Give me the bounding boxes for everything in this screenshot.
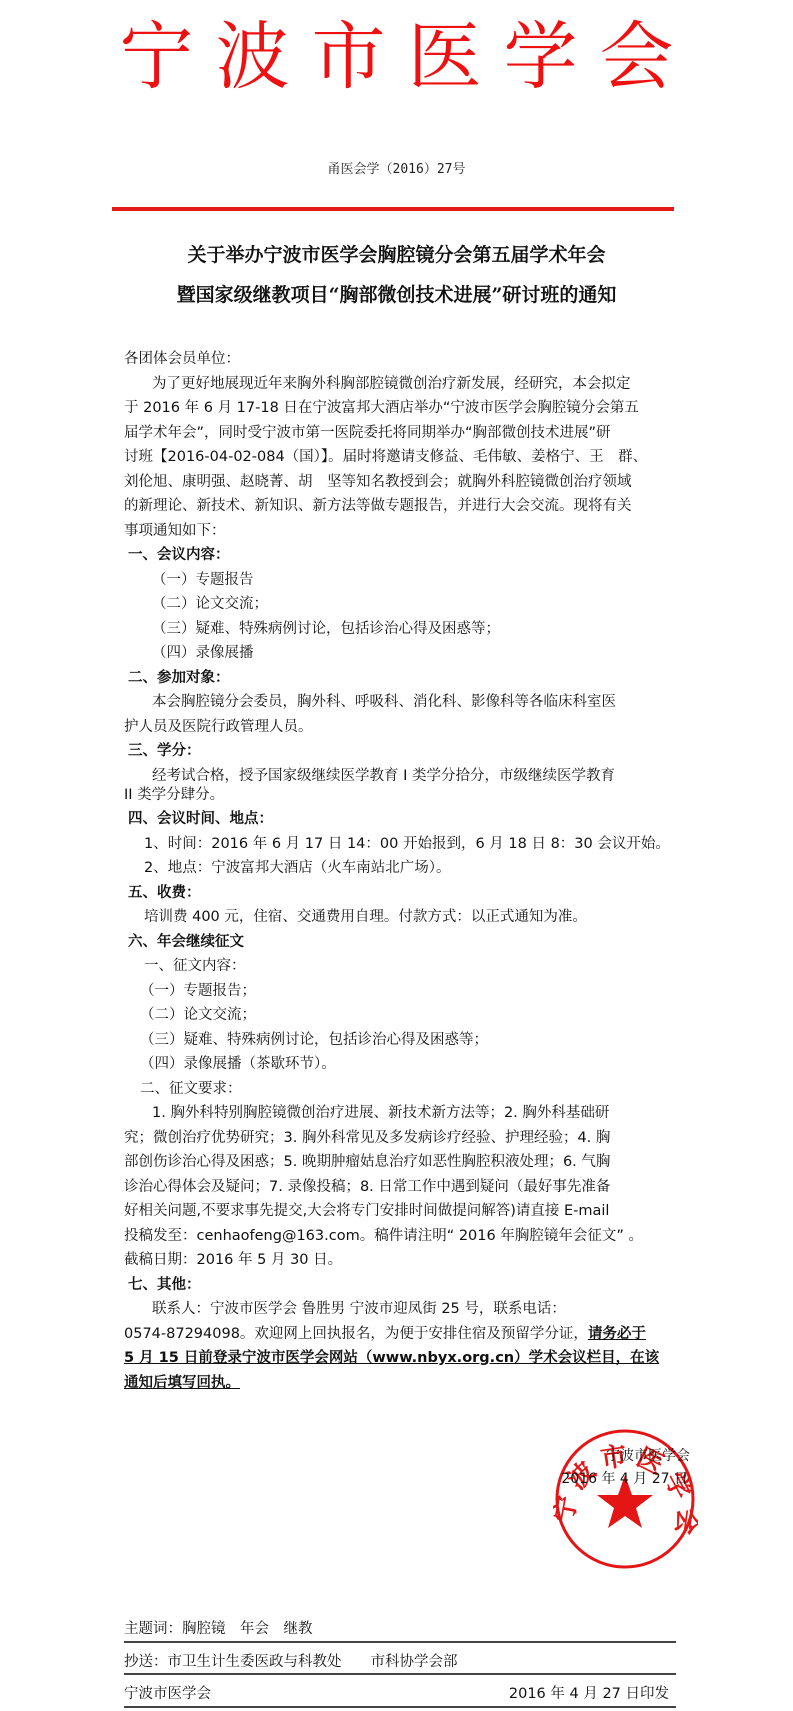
list-item: （四）录像展播	[124, 641, 676, 666]
subsection-heading: 一、征文内容：	[124, 954, 676, 979]
red-divider	[112, 207, 674, 211]
paragraph-line: 投稿发至：cenhaofeng@163.com。稿件请注明“ 2016 年胸腔镜…	[124, 1224, 676, 1249]
registration-notice: 请务必于	[588, 1326, 646, 1342]
intro-line: 届学术年会”，同时受宁波市第一医院委托将同期举办“胸部微创技术进展”研	[124, 421, 676, 446]
intro-line: 于 2016 年 6 月 17-18 日在宁波富邦大酒店举办“宁波市医学会胸腔镜…	[124, 396, 676, 421]
paragraph-line: 本会胸腔镜分会委员，胸外科、呼吸科、消化科、影像科等各临床科室医	[124, 690, 676, 715]
footer-divider	[124, 1706, 676, 1708]
keywords: 主题词：胸腔镜 年会 继教	[124, 1617, 676, 1638]
list-item: （一）专题报告	[124, 568, 676, 593]
list-item: （二）论文交流；	[124, 592, 676, 617]
contact-line: 联系人：宁波市医学会 鲁胜男 宁波市迎凤街 25 号，联系电话：	[124, 1297, 676, 1322]
document-body: 各团体会员单位： 为了更好地展现近年来胸外科胸部腔镜微创治疗新发展，经研究，本会…	[124, 347, 676, 1395]
signature-date: 2016 年 4 月 27 日	[548, 1468, 688, 1488]
list-item: （三）疑难、特殊病例讨论，包括诊治心得及困惑等；	[124, 617, 676, 642]
paragraph-line: 好相关问题,不要求事先提交,大会将专门安排时间做提问解答)请直接 E-mail	[124, 1199, 676, 1224]
contact-text: 0574-87294098。欢迎网上回执报名，为便于安排住宿及预留学分证，	[124, 1326, 588, 1342]
salutation: 各团体会员单位：	[124, 347, 676, 372]
signature-org: 宁波市医学会	[560, 1445, 690, 1465]
registration-notice: 通知后填写回执。	[124, 1371, 240, 1396]
notice-title-line1: 关于举办宁波市医学会胸腔镜分会第五届学术年会	[0, 240, 793, 267]
notice-title-line2: 暨国家级继教项目“胸部微创技术进展”研讨班的通知	[0, 280, 793, 307]
paragraph-line: 究；微创治疗优势研究；3. 胸外科常见及多发病诊疗经验、护理经验；4. 胸	[124, 1126, 676, 1151]
section-heading: 三、学分：	[124, 739, 676, 764]
paragraph-line: 护人员及医院行政管理人员。	[124, 715, 676, 740]
list-item: （二）论文交流；	[124, 1003, 676, 1028]
section-heading: 七、其他：	[124, 1273, 676, 1298]
list-item: （一）专题报告；	[124, 979, 676, 1004]
paragraph-line: 1. 胸外科特别胸腔镜微创治疗进展、新技术新方法等；2. 胸外科基础研	[124, 1101, 676, 1126]
intro-line: 刘伦旭、康明强、赵晓菁、胡 坚等知名教授到会；就胸外科腔镜微创治疗领域	[124, 470, 676, 495]
paragraph-line: 截稿日期：2016 年 5 月 30 日。	[124, 1248, 676, 1273]
section-heading: 一、会议内容：	[124, 543, 676, 568]
paragraph-line: 培训费 400 元，住宿、交通费用自理。付款方式：以正式通知为准。	[124, 905, 676, 930]
registration-notice-website[interactable]: 5 月 15 日前登录宁波市医学会网站（www.nbyx.org.cn）学术会议…	[124, 1346, 676, 1371]
footer-divider	[124, 1641, 676, 1643]
paragraph-line: 1、时间：2016 年 6 月 17 日 14：00 开始报到，6 月 18 日…	[124, 832, 676, 857]
intro-line: 为了更好地展现近年来胸外科胸部腔镜微创治疗新发展，经研究，本会拟定	[124, 372, 676, 397]
paragraph-line: 诊治心得体会及疑问；7. 录像投稿；8. 日常工作中遇到疑问（最好事先准备	[124, 1175, 676, 1200]
masthead-title: 宁波市医学会	[0, 12, 793, 102]
section-heading: 六、年会继续征文	[124, 930, 676, 955]
list-item: （四）录像展播（茶歇环节）。	[124, 1052, 676, 1077]
intro-line: 事项通知如下：	[124, 519, 676, 544]
footer-divider	[124, 1673, 676, 1675]
section-heading: 五、收费：	[124, 881, 676, 906]
issue-date: 2016 年 4 月 27 日印发	[124, 1682, 669, 1703]
section-heading: 四、会议时间、地点：	[124, 807, 676, 832]
intro-line: 的新理论、新技术、新知识、新方法等做专题报告，并进行大会交流。现将有关	[124, 494, 676, 519]
list-item: （三）疑难、特殊病例讨论，包括诊治心得及困惑等；	[124, 1028, 676, 1053]
paragraph-line: II 类学分肆分。	[124, 783, 676, 808]
cc-list: 抄送：市卫生计生委医政与科教处 市科协学会部	[124, 1650, 676, 1671]
section-heading: 二、参加对象：	[124, 666, 676, 691]
paragraph-line: 经考试合格，授予国家级继续医学教育 I 类学分拾分，市级继续医学教育	[124, 764, 676, 783]
document-number: 甬医会学（2016）27号	[0, 158, 793, 177]
paragraph-line: 2、地点：宁波富邦大酒店（火车南站北广场）。	[124, 856, 676, 881]
subsection-heading: 二、征文要求：	[124, 1077, 676, 1102]
contact-line: 0574-87294098。欢迎网上回执报名，为便于安排住宿及预留学分证，请务必…	[124, 1322, 676, 1347]
intro-line: 讨班【2016-04-02-084（国）】。届时将邀请支修益、毛伟敏、姜格宁、王…	[124, 445, 676, 470]
paragraph-line: 部创伤诊治心得及困惑；5. 晚期肿瘤姑息治疗如恶性胸腔积液处理；6. 气胸	[124, 1150, 676, 1175]
